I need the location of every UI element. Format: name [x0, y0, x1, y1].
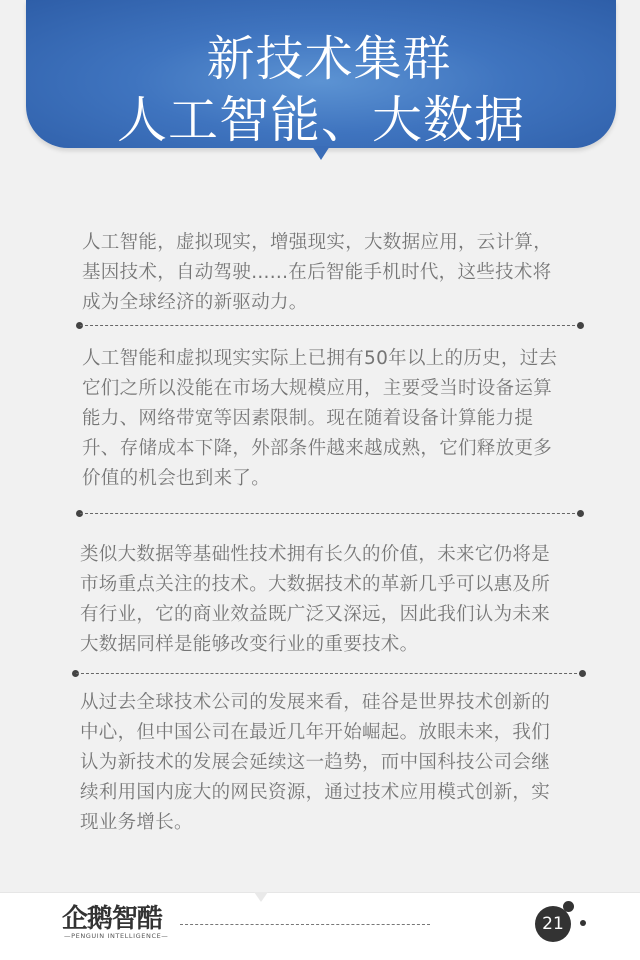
logo-subtitle: —PENGUIN INTELLIGENCE—: [64, 932, 168, 940]
divider: [72, 670, 586, 678]
logo-text: 企鹅智酷: [62, 898, 162, 935]
paragraph-1: 人工智能，虚拟现实，增强现实，大数据应用，云计算，基因技术，自动驾驶......…: [82, 228, 562, 318]
title-banner: 新技术集群 人工智能、大数据: [26, 0, 616, 148]
footer-divider: [180, 924, 430, 925]
paragraph-2: 人工智能和虚拟现实实际上已拥有50年以上的历史，过去它们之所以没能在市场大规模应…: [82, 344, 562, 494]
banner-pointer: [312, 146, 330, 160]
paragraph-3: 类似大数据等基础性技术拥有长久的价值，未来它仍将是市场重点关注的技术。大数据技术…: [80, 540, 560, 660]
divider: [76, 322, 584, 330]
page-number-badge: 21: [535, 906, 571, 942]
divider: [76, 510, 584, 518]
decorative-dot: [580, 920, 586, 926]
title-line-2: 人工智能、大数据: [26, 80, 616, 152]
paragraph-4: 从过去全球技术公司的发展来看，硅谷是世界技术创新的中心，但中国公司在最近几年开始…: [80, 688, 560, 838]
penguin-intelligence-logo: 企鹅智酷 —PENGUIN INTELLIGENCE—: [62, 898, 172, 946]
footer-notch: [254, 892, 268, 902]
title-line-1: 新技术集群: [34, 20, 624, 89]
